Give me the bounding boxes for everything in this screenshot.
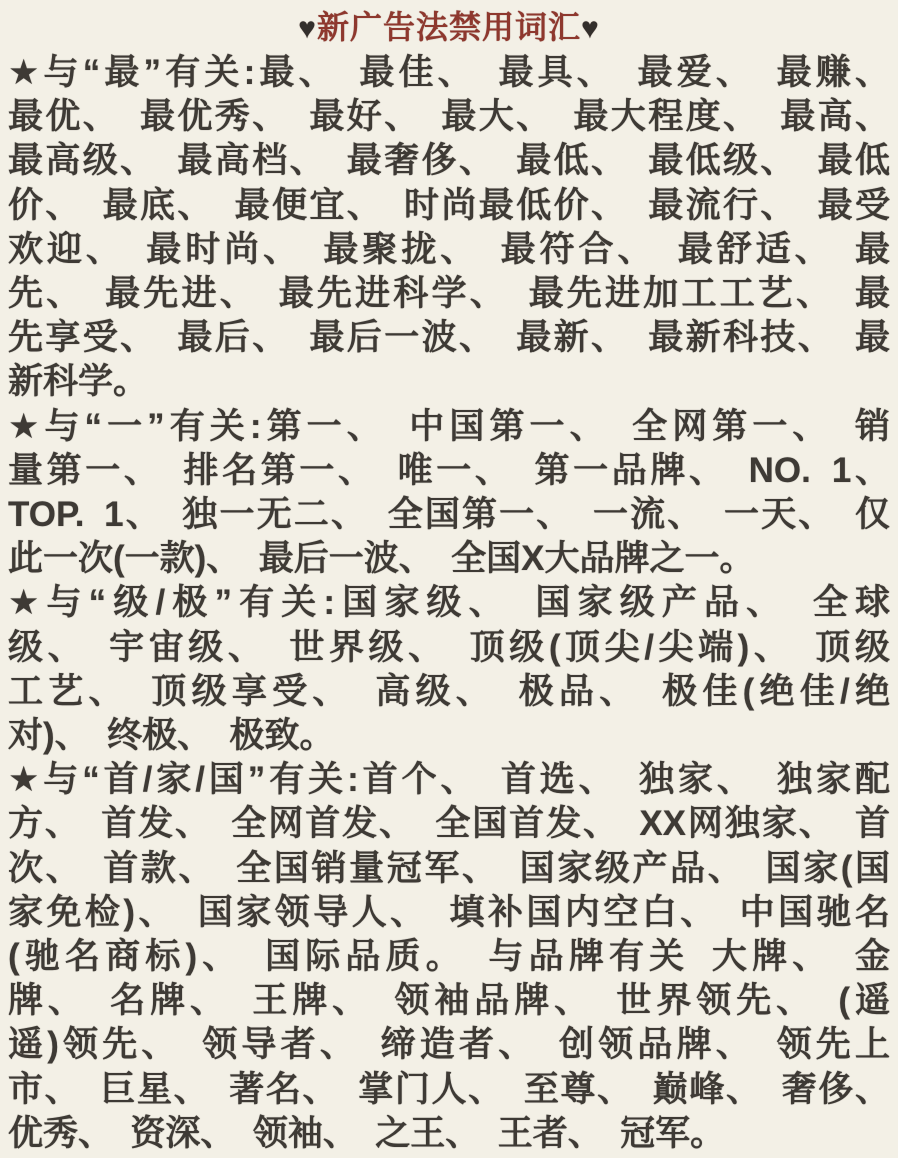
text-line: 遥)领先、 领导者、 缔造者、 创领品牌、 领先上 — [8, 1023, 890, 1067]
section-ji-ji: ★与“级/极”有关:国家级、 国家级产品、 全球 级、 宇宙级、 世界级、 顶级… — [8, 581, 890, 758]
text-line: 最优、 最优秀、 最好、 最大、 最大程度、 最高、 — [8, 95, 890, 139]
text-line: ★与“级/极”有关:国家级、 国家级产品、 全球 — [8, 581, 890, 625]
section-yi: ★与“一”有关:第一、 中国第一、 全网第一、 销 量第一、 排名第一、 唯一、… — [8, 405, 890, 582]
text-line: 工艺、 顶级享受、 高级、 极品、 极佳(绝佳/绝 — [8, 670, 890, 714]
text-line: 先、 最先进、 最先进科学、 最先进加工工艺、 最 — [8, 272, 890, 316]
text-line: 市、 巨星、 著名、 掌门人、 至尊、 巅峰、 奢侈、 — [8, 1068, 890, 1112]
text-line: ★与“首/家/国”有关:首个、 首选、 独家、 独家配 — [8, 758, 890, 802]
text-line: 优秀、 资深、 领袖、 之王、 王者、 冠军。 — [8, 1112, 890, 1156]
text-line: (驰名商标)、 国际品质。 与品牌有关 大牌、 金 — [8, 935, 890, 979]
text-line: 此一次(一款)、 最后一波、 全国X大品牌之一。 — [8, 537, 890, 581]
text-line: ★与“一”有关:第一、 中国第一、 全网第一、 销 — [8, 405, 890, 449]
text-line: 价、 最底、 最便宜、 时尚最低价、 最流行、 最受 — [8, 184, 890, 228]
text-line: TOP. 1、 独一无二、 全国第一、 一流、 一天、 仅 — [8, 493, 890, 537]
text-line: 级、 宇宙级、 世界级、 顶级(顶尖/尖端)、 顶级 — [8, 626, 890, 670]
text-line: 次、 首款、 全国销量冠军、 国家级产品、 国家(国 — [8, 847, 890, 891]
text-line: 新科学。 — [8, 360, 890, 404]
text-line: 欢迎、 最时尚、 最聚拢、 最符合、 最舒适、 最 — [8, 228, 890, 272]
page-title-text: 新广告法禁用词汇 — [317, 9, 581, 45]
text-line: 家免检)、 国家领导人、 填补国内空白、 中国驰名 — [8, 891, 890, 935]
text-line: 方、 首发、 全网首发、 全国首发、 XX网独家、 首 — [8, 802, 890, 846]
banned-words-document: ♥新广告法禁用词汇♥ ★与“最”有关:最、 最佳、 最具、 最爱、 最赚、 最优… — [0, 0, 898, 1158]
section-zui: ★与“最”有关:最、 最佳、 最具、 最爱、 最赚、 最优、 最优秀、 最好、 … — [8, 51, 890, 405]
text-line: 最高级、 最高档、 最奢侈、 最低、 最低级、 最低 — [8, 139, 890, 183]
page-title: ♥新广告法禁用词汇♥ — [8, 5, 890, 51]
heart-icon-left: ♥ — [298, 12, 317, 45]
text-line: ★与“最”有关:最、 最佳、 最具、 最爱、 最赚、 — [8, 51, 890, 95]
text-line: 牌、 名牌、 王牌、 领袖品牌、 世界领先、 (遥 — [8, 979, 890, 1023]
heart-icon-right: ♥ — [581, 12, 600, 45]
section-shou-jia-guo: ★与“首/家/国”有关:首个、 首选、 独家、 独家配 方、 首发、 全网首发、… — [8, 758, 890, 1156]
text-line: 先享受、 最后、 最后一波、 最新、 最新科技、 最 — [8, 316, 890, 360]
text-line: 量第一、 排名第一、 唯一、 第一品牌、 NO. 1、 — [8, 449, 890, 493]
text-line: 对)、 终极、 极致。 — [8, 714, 890, 758]
